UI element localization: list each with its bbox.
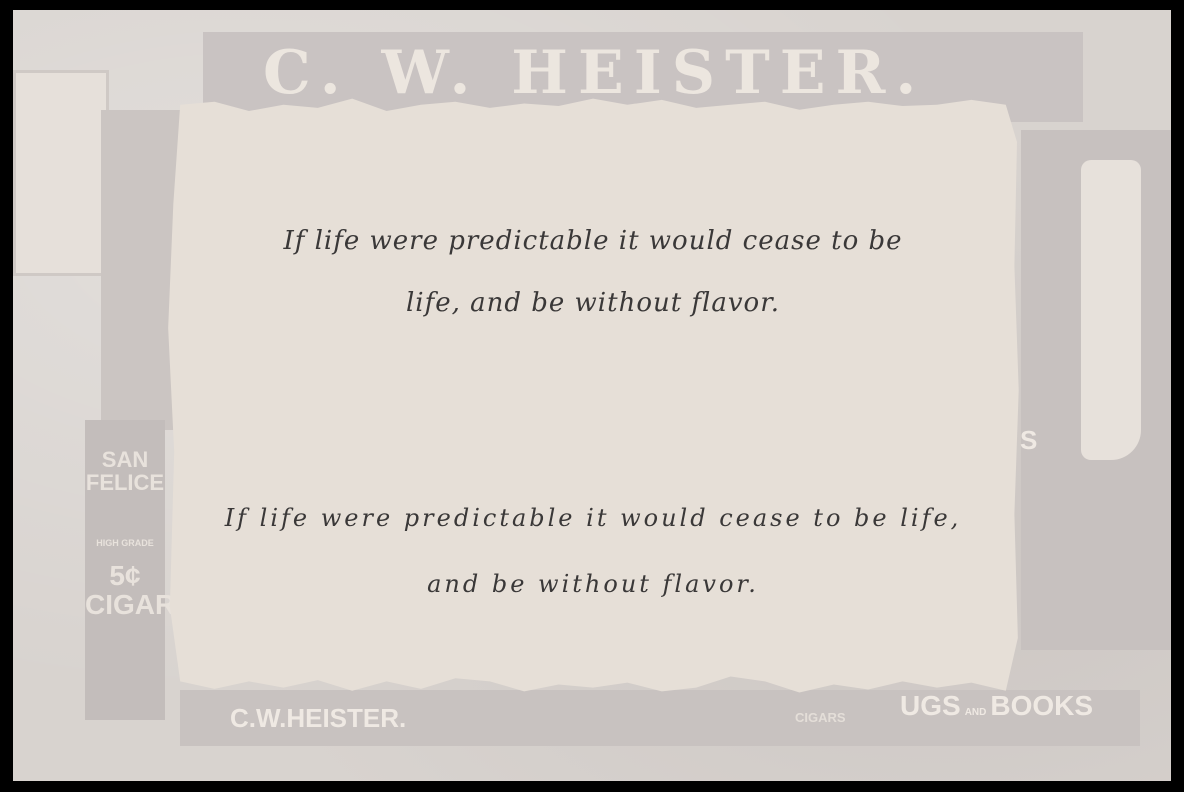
- cigar-sign-line: CIGAR: [85, 590, 165, 619]
- bottom-sign-right-b: BOOKS: [990, 690, 1093, 721]
- right-sign-fragment: S: [1020, 425, 1037, 456]
- torn-paper: If life were predictable it would cease …: [163, 80, 1023, 700]
- cigar-sign-line: SAN: [85, 448, 165, 471]
- quote-line: life, and be without flavor.: [163, 272, 1023, 334]
- quote-sample-1: If life were predictable it would cease …: [163, 210, 1023, 334]
- cigar-sign: SAN FELICE HIGH GRADE 5¢ CIGAR: [85, 420, 165, 720]
- left-window: [13, 70, 109, 276]
- cigar-sign-line: 5¢: [85, 561, 165, 590]
- quote-line: If life were predictable it would cease …: [163, 210, 1023, 272]
- left-pillar: [101, 110, 181, 430]
- cigar-sign-line: FELICE: [85, 471, 165, 494]
- quote-sample-2: If life were predictable it would cease …: [163, 485, 1023, 617]
- bottom-sign-and: AND: [965, 707, 987, 718]
- bottom-sign-right: UGSANDBOOKS: [900, 690, 1093, 722]
- cigar-sign-line: HIGH GRADE: [85, 539, 165, 548]
- bottom-sign-right-a: UGS: [900, 690, 961, 721]
- top-sign-text: C. W. HEISTER.: [263, 38, 926, 108]
- quote-line: If life were predictable it would cease …: [163, 485, 1023, 551]
- bottom-sign-left: C.W.HEISTER.: [230, 703, 406, 734]
- curtain: [1081, 160, 1141, 460]
- quote-line: and be without flavor.: [163, 551, 1023, 617]
- bottom-sign-middle: CIGARS: [795, 710, 846, 725]
